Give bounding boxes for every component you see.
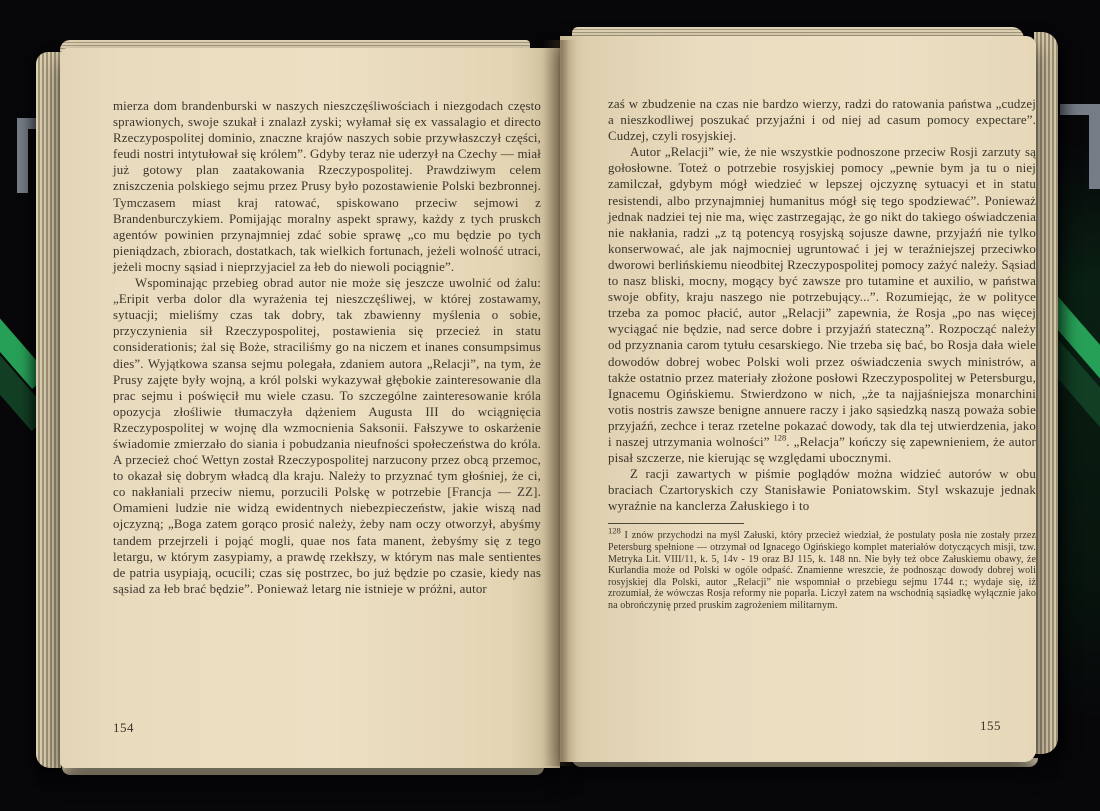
book-page-right: zaś w zbudzenie na czas nie bardzo wierz… <box>560 36 1036 762</box>
paragraph: Z racji zawartych w piśmie poglądów możn… <box>608 466 1036 514</box>
page-text-right: zaś w zbudzenie na czas nie bardzo wierz… <box>608 96 1036 612</box>
book-page-left: mierza dom brandenburski w naszych niesz… <box>60 48 560 768</box>
paragraph: zaś w zbudzenie na czas nie bardzo wierz… <box>608 96 1036 144</box>
paragraph-text: Autor „Relacji” wie, że nie wszystkie po… <box>608 145 1036 449</box>
wallpaper-corner-bracket-right <box>1060 104 1100 189</box>
footnote-text: I znów przychodzi na myśl Załuski, który… <box>608 530 1036 611</box>
book-gutter-shadow <box>543 40 577 766</box>
book-page-stack-left-edge <box>36 52 61 768</box>
paragraph: Autor „Relacji” wie, że nie wszystkie po… <box>608 144 1036 466</box>
book-page-stack-right-edge <box>1034 32 1058 754</box>
desktop-background: mierza dom brandenburski w naszych niesz… <box>0 0 1100 811</box>
page-number-right: 155 <box>980 718 1001 734</box>
footnote-marker: 128 <box>608 526 621 536</box>
page-number-left: 154 <box>113 720 134 736</box>
page-text-left: mierza dom brandenburski w naszych niesz… <box>113 98 541 597</box>
paragraph: mierza dom brandenburski w naszych niesz… <box>113 98 541 275</box>
paragraph: Wspominając przebieg obrad autor nie moż… <box>113 275 541 597</box>
footnote: 128 I znów przychodzi na myśl Załuski, k… <box>608 530 1036 611</box>
footnote-divider <box>608 523 744 524</box>
footnote-reference: 128 <box>774 433 787 443</box>
